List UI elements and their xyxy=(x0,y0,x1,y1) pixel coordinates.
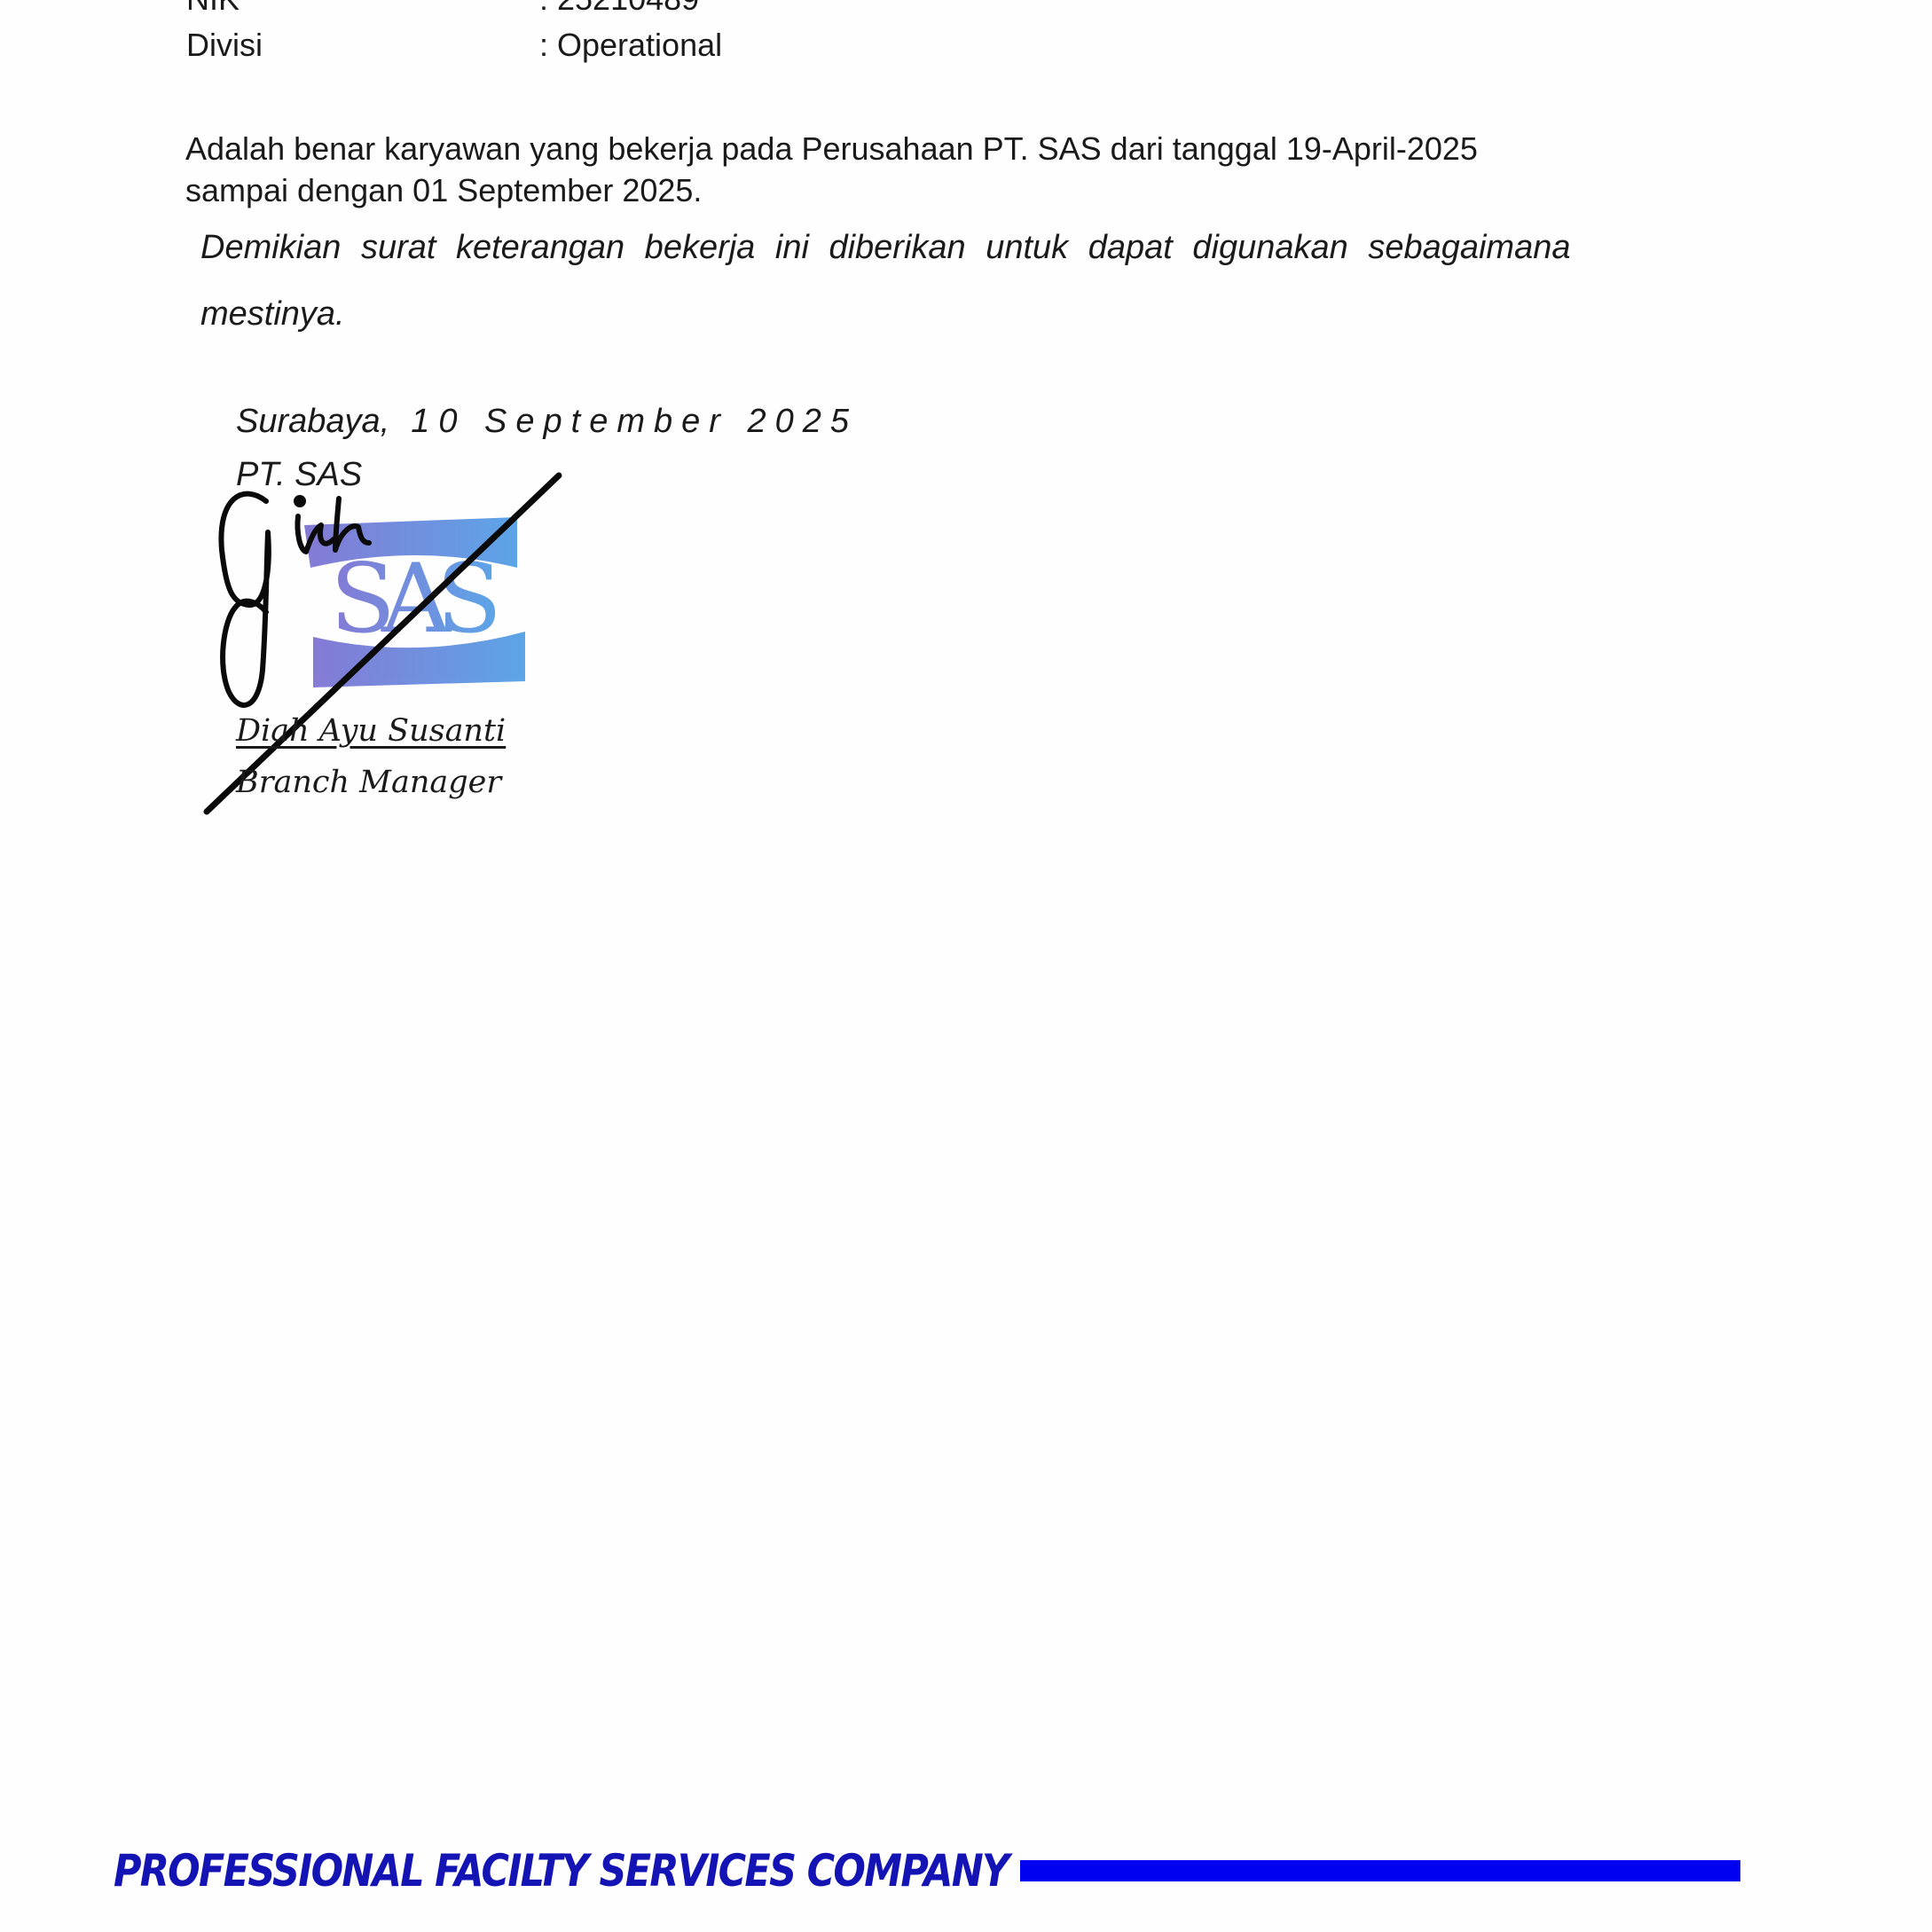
sign-place: Surabaya, xyxy=(236,403,389,440)
sas-logo-icon: SAS xyxy=(304,517,525,687)
closing-statement: Demikian surat keterangan bekerja ini di… xyxy=(200,215,1708,348)
statement-line-2: sampai dengan 01 September 2025. xyxy=(185,169,1478,211)
footer-bar xyxy=(1020,1860,1740,1881)
field-label: Divisi xyxy=(186,27,263,64)
field-value: : Operational xyxy=(539,27,722,64)
field-value: : 25210489 xyxy=(539,0,699,18)
signer-name: Diah Ayu Susanti xyxy=(236,713,506,749)
employment-statement: Adalah benar karyawan yang bekerja pada … xyxy=(185,128,1478,211)
sign-date: 10 September 2025 xyxy=(411,403,858,440)
handwritten-signature-icon xyxy=(207,475,559,812)
footer-tagline: PROFESSIONAL FACILTY SERVICES COMPANY xyxy=(114,1845,1008,1897)
signer-title: Branch Manager xyxy=(236,765,501,800)
sign-company: PT. SAS xyxy=(236,456,362,494)
sign-place-date: Surabaya,10 September 2025 xyxy=(236,403,858,441)
svg-text:SAS: SAS xyxy=(330,544,499,655)
field-label: NIK xyxy=(186,0,240,18)
statement-line-1: Adalah benar karyawan yang bekerja pada … xyxy=(185,128,1478,169)
